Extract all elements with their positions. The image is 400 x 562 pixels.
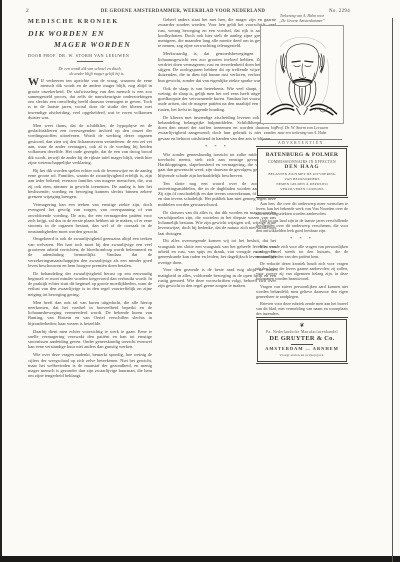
scan-edge-right [392,18,393,562]
portrait-sketch [262,27,342,117]
portrait-frame [260,25,344,124]
body-paragraph: Men weet thans, dat de schildklier, de h… [28,123,152,165]
epigraph-line2: de ander blijft mager gelijk hij is. [42,71,152,76]
body-paragraph: Men wende zich voor alle vragen van pers… [256,244,348,259]
portrait-caption-top: Teekening van A. Hahn voor „De Groene Am… [256,14,348,23]
caption-top-line2: „De Groene Amsterdammer” [279,19,325,23]
portrait-caption-line2: naar een teekening van A. Hahn [278,131,327,135]
ad-de-gruyter: ❦ Fa. Nederlandsche Manufacturenhandel D… [257,319,347,362]
body-paragraph: Vragen van zuiver persoonlijken aard kun… [256,284,348,299]
paragraph-text: IJ verkeeren ten opzichte van de vraag, … [28,78,152,120]
body-paragraph: Bij het dik worden spelen echter ook de … [28,168,152,200]
advertisements-marker: ADVERTENTIËN. [262,139,342,146]
article-title-line1: DIK WORDEN EN [28,29,152,38]
column-left: MEDISCHE KRONIEK DIK WORDEN EN MAGER WOR… [28,17,152,549]
right-column-separator: * * * [256,236,348,241]
article-kicker: MEDISCHE KRONIEK [28,18,152,25]
body-paragraph-first: WIJ verkeeren ten opzichte van de vraag,… [28,78,152,120]
newspaper-page: 2 DE GROENE AMSTERDAMMER, WEEKBLAD VOOR … [0,0,400,562]
scan-edge-left [0,0,2,562]
body-paragraph: Omgekeerd is ook de zwaarlijvigheid geen… [28,236,152,268]
scan-edge-bottom [0,556,400,562]
body-paragraph: Men heeft dan ook tal van kuren uitgedac… [28,300,152,326]
divider-rule [77,61,103,62]
body-paragraph: Brieven voor deze rubriek zende men aan … [256,301,348,316]
fleuron-icon: ❦ [260,323,344,329]
ad-batenburg-subtitle: COMMISSIONNAIRS IN EFFECTEN [260,160,344,164]
right-column-notes-b: Men wende zich voor alle vragen van pers… [256,244,348,317]
ad-gruyter-last-line: Vraagt stalen en prijsopgave. [260,353,344,357]
caption-top-line1: Teekening van A. Hahn voor [280,14,324,18]
portrait-caption: Prof. Dr. W. Storm van Leeuwen naar een … [256,126,348,136]
article-title-line2: MAGER WORDEN [54,40,152,49]
column-left-paragraphs: Men weet thans, dat de schildklier, de h… [28,123,152,379]
ad-gruyter-cities: AMSTERDAM — ARNHEM [260,346,344,351]
body-paragraph: De behandeling der zwaarlijvigheid berus… [28,271,152,297]
ad-batenburg-name: BATENBURG & POLMER [260,152,344,158]
article-epigraph: De een wordt dik van schotel en disch, d… [28,66,152,76]
ad-gruyter-line1: Fa. Nederlandsche Manufacturenhandel [260,330,344,334]
ad-batenburg-line: BELASTEN ZICH MET DE UITVOERING [260,172,344,176]
ad-batenburg-line: VERZILVEREN COUPONS [260,187,344,191]
column-right: Teekening van A. Hahn voor „De Groene Am… [256,14,348,554]
ad-batenburg-polmer: BATENBURG & POLMER COMMISSIONNAIRS IN EF… [257,148,347,196]
ad-batenburg-city: DEN HAAG [260,165,344,170]
body-paragraph: Ook in ons land zijn in de laatste jaren… [256,218,348,233]
portrait-caption-line1: Prof. Dr. W. Storm van Leeuwen [276,125,329,130]
article-byline: DOOR PROF. DR. W. STORM VAN LEEUWEN [28,53,152,58]
ad-batenburg-line: VAN BEURSORDERS [260,177,344,181]
portrait-block: NAAR HET LEVEN GETEEKEND [260,25,344,124]
drop-cap: W [28,78,41,87]
body-paragraph: Vermagering kan een teeken van ernstige … [28,202,152,234]
right-column-notes-a: Aan hen, die over dit onderwerp meer wen… [256,201,348,234]
body-paragraph: Daarbij dient men echter voorzichtig te … [28,329,152,350]
body-paragraph: Wie over deze vragen nadenkt, bemerkt sp… [28,352,152,378]
portrait-side-text: NAAR HET LEVEN GETEEKEND [256,14,257,69]
page-number: 2 [26,8,56,14]
body-paragraph: Aan hen, die over dit onderwerp meer wen… [256,201,348,216]
body-paragraph: De redactie dezer kroniek houdt zich voo… [256,261,348,281]
ad-batenburg-line: NEMEN GELDEN À DEPOSITO [260,182,344,186]
ad-gruyter-name: DE GRUYTER & Co. [260,335,344,342]
ad-gruyter-divider [291,344,313,345]
